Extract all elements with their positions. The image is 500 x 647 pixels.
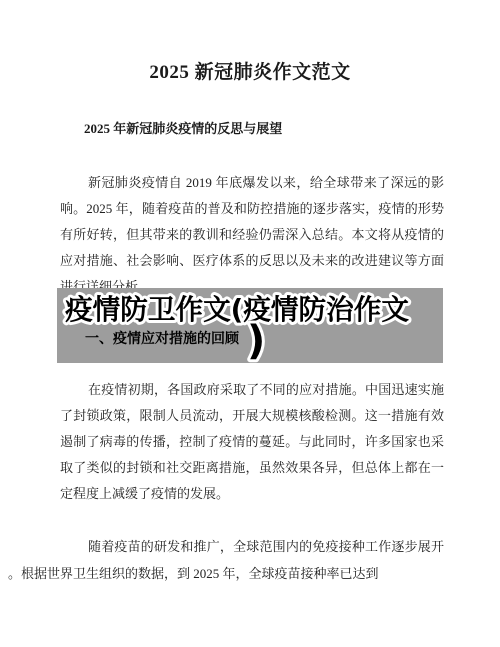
paragraph-line: 遏制了病毒的传播，控制了疫情的蔓延。与此同时，许多国家也采: [60, 429, 444, 455]
document-subtitle: 2025 年新冠肺炎疫情的反思与展望: [84, 118, 282, 137]
paragraph-line: 取了类似的封锁和社交距离措施，虽然效果各异，但总体上都在一: [60, 455, 444, 481]
watermark-banner: 疫情防卫作文(疫情防治作文 一、疫情应对措施的回顾 ): [57, 288, 443, 363]
paragraph-line: 有所好转，但其带来的教训和经验仍需深入总结。本文将从疫情的: [60, 222, 444, 248]
paragraph-vaccine: 随着疫苗的研发和推广，全球范围内的免疫接种工作逐步展开: [60, 534, 444, 560]
paragraph-line: 了封锁政策，限制人员流动，开展大规模核酸检测。这一措施有效: [60, 403, 444, 429]
paragraph-line: 。根据世界卫生组织的数据，到 2025 年，全球疫苗接种率已达到: [8, 561, 379, 587]
paragraph-line: 在疫情初期，各国政府采取了不同的应对措施。中国迅速实施: [60, 377, 444, 403]
banner-closing-paren: ): [247, 318, 265, 364]
paragraph-intro: 新冠肺炎疫情自 2019 年底爆发以来，给全球带来了深远的影 响。2025 年，…: [60, 170, 444, 300]
paragraph-measures: 在疫情初期，各国政府采取了不同的应对措施。中国迅速实施 了封锁政策，限制人员流动…: [60, 377, 444, 507]
paragraph-line: 应对措施、社会影响、医疗体系的反思以及未来的改进建议等方面: [60, 248, 444, 274]
paragraph-line: 定程度上减缓了疫情的发展。: [60, 481, 444, 507]
paragraph-line: 随着疫苗的研发和推广，全球范围内的免疫接种工作逐步展开: [60, 534, 444, 560]
paragraph-line: 响。2025 年，随着疫苗的普及和防控措施的逐步落实，疫情的形势: [60, 196, 444, 222]
document-title: 2025 新冠肺炎作文范文: [0, 57, 500, 84]
paragraph-line: 新冠肺炎疫情自 2019 年底爆发以来，给全球带来了深远的影: [60, 170, 444, 196]
document-page: 2025 新冠肺炎作文范文 2025 年新冠肺炎疫情的反思与展望 新冠肺炎疫情自…: [0, 0, 500, 647]
banner-closing-paren-svg: ): [235, 316, 285, 366]
section-heading-1: 一、疫情应对措施的回顾: [85, 328, 239, 348]
